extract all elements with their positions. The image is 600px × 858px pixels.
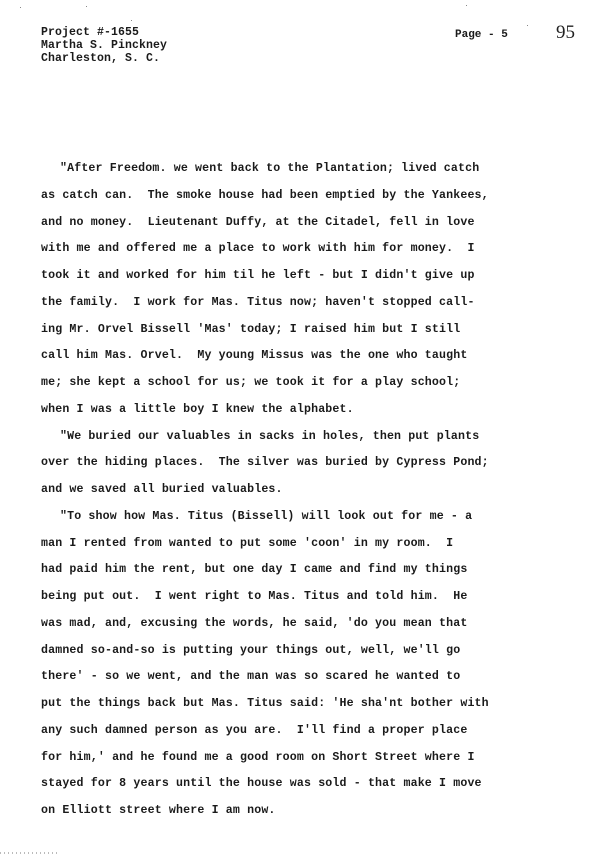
informant-name: Martha S. Pinckney bbox=[41, 39, 167, 52]
scan-speck bbox=[131, 20, 132, 21]
scan-noise bbox=[0, 852, 60, 854]
text-line: as catch can. The smoke house had been e… bbox=[41, 188, 561, 215]
text-line: had paid him the rent, but one day I cam… bbox=[41, 562, 561, 589]
folio-number: 95 bbox=[556, 22, 575, 44]
text-line: when I was a little boy I knew the alpha… bbox=[41, 402, 561, 429]
text-line: stayed for 8 years until the house was s… bbox=[41, 776, 561, 803]
text-line: man I rented from wanted to put some 'co… bbox=[41, 536, 561, 563]
document-header: Project #-1655 Martha S. Pinckney Charle… bbox=[41, 26, 167, 65]
body-text: "After Freedom. we went back to the Plan… bbox=[41, 161, 561, 830]
text-line: me; she kept a school for us; we took it… bbox=[41, 375, 561, 402]
scan-speck bbox=[466, 5, 467, 6]
scan-speck bbox=[527, 25, 528, 26]
text-line: and we saved all buried valuables. bbox=[41, 482, 561, 509]
scan-speck bbox=[20, 7, 21, 8]
text-line: was mad, and, excusing the words, he sai… bbox=[41, 616, 561, 643]
scan-speck bbox=[320, 245, 321, 246]
text-line: over the hiding places. The silver was b… bbox=[41, 455, 561, 482]
text-line: for him,' and he found me a good room on… bbox=[41, 750, 561, 777]
text-line: and no money. Lieutenant Duffy, at the C… bbox=[41, 215, 561, 242]
text-line: with me and offered me a place to work w… bbox=[41, 241, 561, 268]
text-line: "We buried our valuables in sacks in hol… bbox=[41, 429, 561, 456]
text-line: being put out. I went right to Mas. Titu… bbox=[41, 589, 561, 616]
project-number: Project #-1655 bbox=[41, 26, 167, 39]
text-line: any such damned person as you are. I'll … bbox=[41, 723, 561, 750]
text-line: the family. I work for Mas. Titus now; h… bbox=[41, 295, 561, 322]
text-line: damned so-and-so is putting your things … bbox=[41, 643, 561, 670]
text-line: on Elliott street where I am now. bbox=[41, 803, 561, 830]
text-line: took it and worked for him til he left -… bbox=[41, 268, 561, 295]
scan-speck bbox=[86, 6, 87, 7]
text-line: "To show how Mas. Titus (Bissell) will l… bbox=[41, 509, 561, 536]
text-line: call him Mas. Orvel. My young Missus was… bbox=[41, 348, 561, 375]
page-label: Page - 5 bbox=[455, 29, 508, 41]
text-line: "After Freedom. we went back to the Plan… bbox=[41, 161, 561, 188]
location: Charleston, S. C. bbox=[41, 52, 167, 65]
text-line: put the things back but Mas. Titus said:… bbox=[41, 696, 561, 723]
document-page: Project #-1655 Martha S. Pinckney Charle… bbox=[0, 0, 600, 858]
text-line: ing Mr. Orvel Bissell 'Mas' today; I rai… bbox=[41, 322, 561, 349]
text-line: there' - so we went, and the man was so … bbox=[41, 669, 561, 696]
